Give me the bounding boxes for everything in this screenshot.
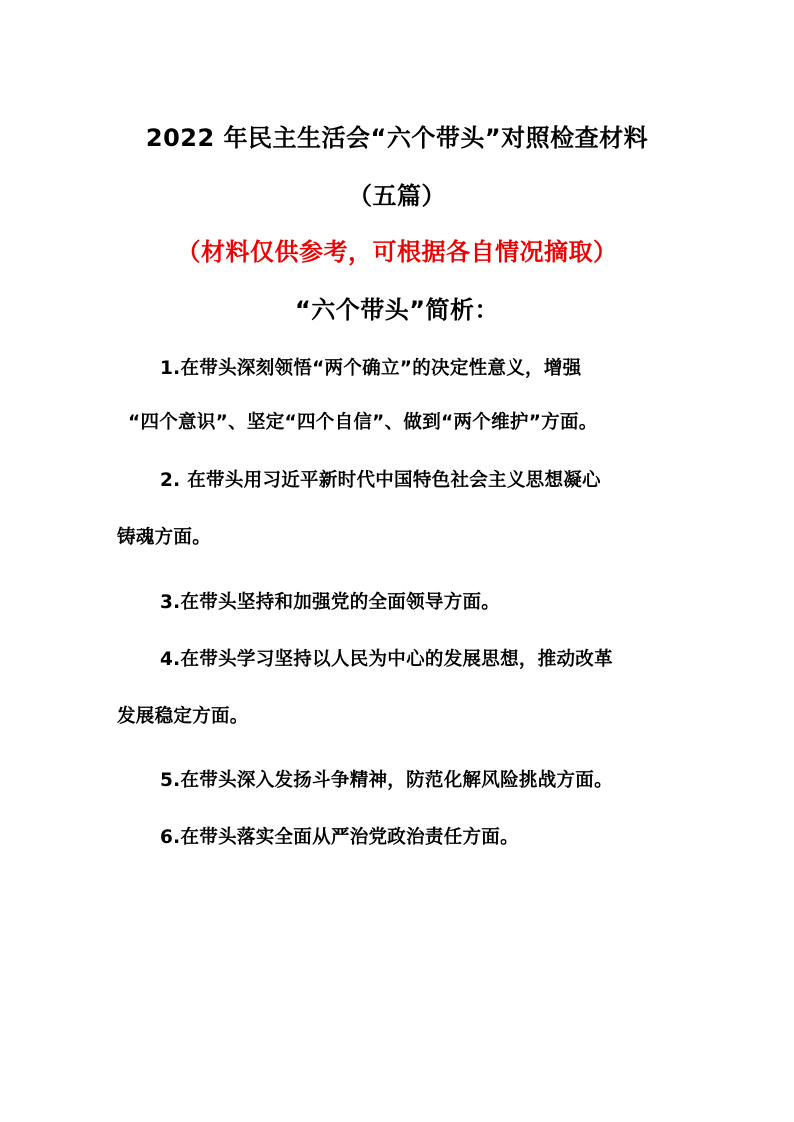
item-1-line-2: “四个意识”、坚定“四个自信”、做到“两个维护”方面。 xyxy=(128,408,598,434)
item-2-line-2: 铸魂方面。 xyxy=(117,523,211,549)
item-4-line-1: 4.在带头学习坚持以人民为中心的发展思想，推动改革 xyxy=(160,645,613,671)
item-1-line-1: 1.在带头深刻领悟“两个确立”的决定性意义，增强 xyxy=(160,354,581,380)
item-4-line-2: 发展稳定方面。 xyxy=(117,702,249,728)
item-2-line-1: 2. 在带头用习近平新时代中国特色社会主义思想凝心 xyxy=(160,466,601,492)
document-subtitle: （五篇） xyxy=(0,176,794,211)
item-5: 5.在带头深入发扬斗争精神，防范化解风险挑战方面。 xyxy=(160,766,613,792)
item-6: 6.在带头落实全面从严治党政治责任方面。 xyxy=(160,823,519,849)
document-title: 2022 年民主生活会“六个带头”对照检查材料 xyxy=(0,118,794,153)
reference-note: （材料仅供参考，可根据各自情况摘取） xyxy=(0,232,794,267)
item-3: 3.在带头坚持和加强党的全面领导方面。 xyxy=(160,588,500,614)
document-page: 2022 年民主生活会“六个带头”对照检查材料 （五篇） （材料仅供参考，可根据… xyxy=(0,0,794,1122)
section-heading: “六个带头”简析： xyxy=(0,290,794,325)
